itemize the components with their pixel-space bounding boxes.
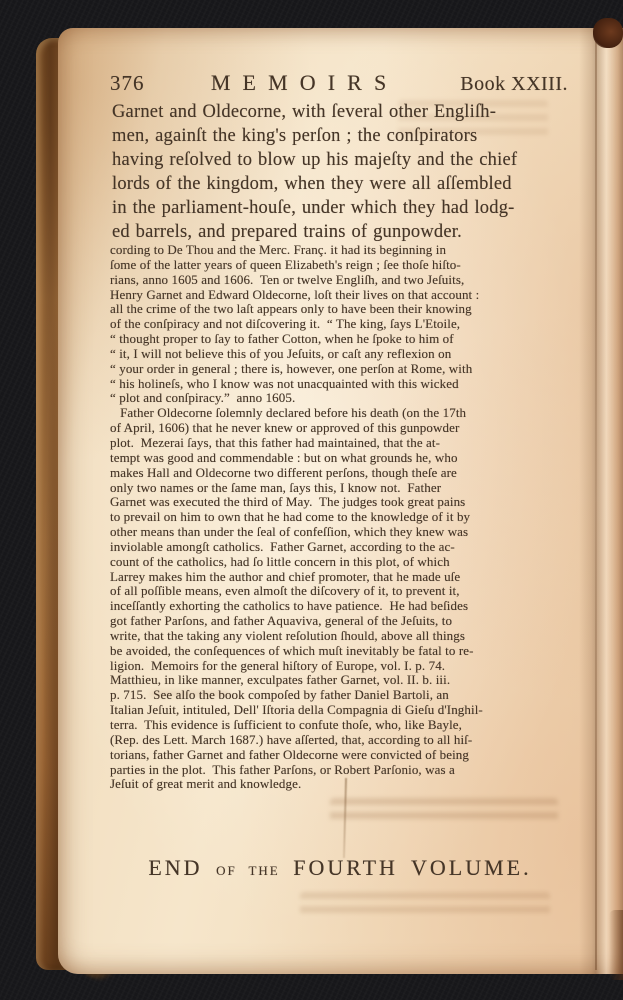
footnote-text: cording to De Thou and the Merc. Franç. … xyxy=(110,243,582,792)
volume-end-colophon: END of the FOURTH VOLUME. xyxy=(110,855,570,881)
book-chapter-label: Book XXIII. xyxy=(460,73,568,96)
gutter-crease xyxy=(595,30,597,970)
main-text-paragraph: Garnet and Oldecorne, with ſeveral other… xyxy=(112,100,582,244)
page-number: 376 xyxy=(110,71,145,96)
page-header: 376 MEMOIRS Book XXIII. xyxy=(110,70,568,96)
colophon-small-caps: of the xyxy=(216,859,280,880)
show-through-ghost xyxy=(300,892,550,916)
show-through-ghost xyxy=(330,798,558,826)
book-photo: 376 MEMOIRS Book XXIII. Garnet and Oldec… xyxy=(0,0,623,1000)
running-title: MEMOIRS xyxy=(211,70,398,96)
book-cover-edge-bottom xyxy=(609,910,623,980)
page-gutter-shadow xyxy=(579,28,623,974)
colophon-lead: END xyxy=(148,855,216,880)
colophon-tail: FOURTH VOLUME. xyxy=(280,855,532,880)
book-cover-edge-top xyxy=(593,18,623,48)
